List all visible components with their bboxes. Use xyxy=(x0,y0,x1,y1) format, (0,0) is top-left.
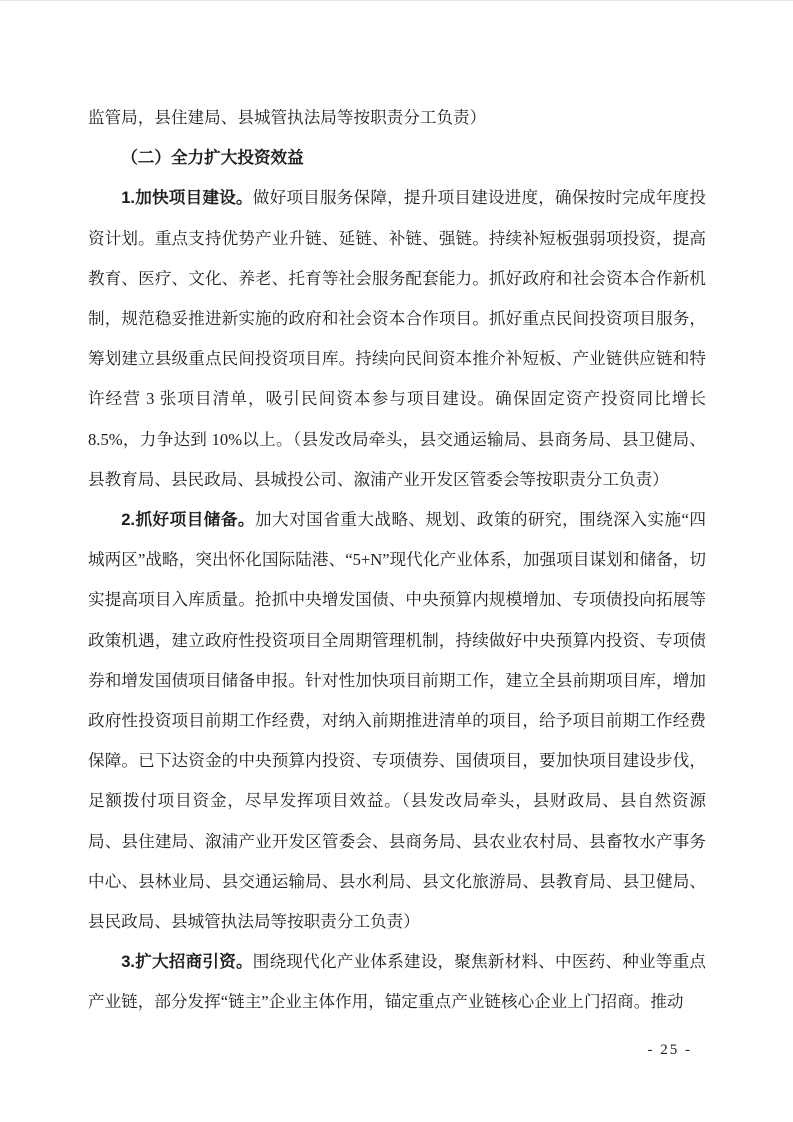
paragraph-2-lead: 2.抓好项目储备。 xyxy=(121,510,255,529)
continuation-paragraph: 监管局，县住建局、县城管执法局等按职责分工负责） xyxy=(88,98,706,138)
section-heading: （二）全力扩大投资效益 xyxy=(88,138,706,178)
section-heading-text: （二）全力扩大投资效益 xyxy=(121,148,304,167)
content-area: 监管局，县住建局、县城管执法局等按职责分工负责） （二）全力扩大投资效益 1.加… xyxy=(88,98,706,1023)
paragraph-2-body: 加大对国省重大战略、规划、政策的研究，围绕深入实施“四城两区”战略，突出怀化国际… xyxy=(88,510,706,931)
paragraph-1-lead: 1.加快项目建设。 xyxy=(121,188,253,207)
page: 监管局，县住建局、县城管执法局等按职责分工负责） （二）全力扩大投资效益 1.加… xyxy=(0,1,793,1122)
paragraph-2: 2.抓好项目储备。加大对国省重大战略、规划、政策的研究，围绕深入实施“四城两区”… xyxy=(88,500,706,942)
paragraph-1: 1.加快项目建设。做好项目服务保障，提升项目建设进度，确保按时完成年度投资计划。… xyxy=(88,178,706,500)
paragraph-3-lead: 3.扩大招商引资。 xyxy=(121,952,253,971)
page-number: - 25 - xyxy=(648,1042,693,1059)
paragraph-1-body: 做好项目服务保障，提升项目建设进度，确保按时完成年度投资计划。重点支持优势产业升… xyxy=(88,188,706,488)
document-page: { "document": { "continuation": "监管局，县住建… xyxy=(0,0,793,1122)
paragraph-3: 3.扩大招商引资。围绕现代化产业体系建设，聚焦新材料、中医药、种业等重点产业链，… xyxy=(88,942,706,1022)
continuation-text: 监管局，县住建局、县城管执法局等按职责分工负责） xyxy=(88,108,486,127)
